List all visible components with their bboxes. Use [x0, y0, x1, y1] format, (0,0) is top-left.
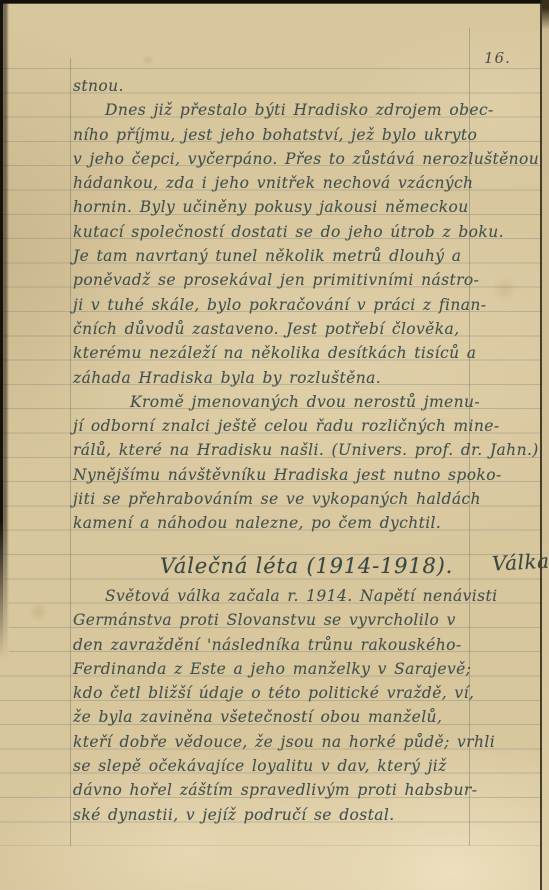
- manuscript-line: kteří dobře vědouce, že jsou na horké pů…: [73, 730, 543, 754]
- scan-edge-right-band: [542, 0, 549, 890]
- manuscript-line: hádankou, zda i jeho vnitřek nechová vzá…: [73, 171, 543, 195]
- manuscript-line: v jeho čepci, vyčerpáno. Přes to zůstává…: [73, 147, 543, 171]
- paragraph-war: Světová válka začala r. 1914. Napětí nen…: [73, 584, 543, 827]
- manuscript-line: kterému nezáleží na několika desítkách t…: [73, 341, 543, 365]
- manuscript-line: jí odborní znalci ještě celou řadu rozli…: [73, 414, 543, 438]
- manuscript-line: ního příjmu, jest jeho bohatství, jež by…: [73, 123, 543, 147]
- page-number: 16.: [484, 49, 511, 67]
- paragraphs-top: stnou. Dnes již přestalo býti Hradisko z…: [73, 74, 543, 536]
- manuscript-line: dávno hořel záštím spravedlivým proti ha…: [73, 778, 543, 802]
- margin-note: Válka.: [491, 548, 549, 575]
- manuscript-line: hornin. Byly učiněny pokusy jakousi něme…: [73, 195, 543, 219]
- manuscript-line: Nynějšímu návštěvníku Hradiska jest nutn…: [73, 463, 543, 487]
- manuscript-line: kdo četl bližší údaje o této politické v…: [73, 681, 543, 705]
- manuscript-line: Dnes již přestalo býti Hradisko zdrojem …: [73, 98, 543, 122]
- manuscript-page: 16. stnou. Dnes již přestalo býti Hradis…: [0, 0, 549, 890]
- manuscript-line: Kromě jmenovaných dvou nerostů jmenu-: [73, 390, 543, 414]
- manuscript-line: že byla zaviněna všetečností obou manžel…: [73, 705, 543, 729]
- manuscript-line: záhada Hradiska byla by rozluštěna.: [73, 366, 543, 390]
- manuscript-line: Germánstva proti Slovanstvu se vyvrcholi…: [73, 608, 543, 632]
- left-margin-line: [70, 58, 71, 846]
- manuscript-line: Světová válka začala r. 1914. Napětí nen…: [73, 584, 543, 608]
- manuscript-line: Je tam navrtaný tunel několik metrů dlou…: [73, 244, 543, 268]
- manuscript-line: ské dynastii, v jejíž područí se dostal.: [73, 803, 543, 827]
- manuscript-line: Ferdinanda z Este a jeho manželky v Sara…: [73, 657, 543, 681]
- manuscript-line: poněvadž se prosekával jen primitivními …: [73, 268, 543, 292]
- manuscript-line: jiti se přehrabováním se ve vykopaných h…: [73, 487, 543, 511]
- scan-edge-left: [0, 0, 9, 660]
- scan-edge-top: [0, 0, 549, 4]
- manuscript-line: kamení a náhodou nalezne, po čem dychtil…: [73, 511, 543, 535]
- section-heading: Válečná léta (1914-1918).: [73, 554, 540, 578]
- manuscript-line: čních důvodů zastaveno. Jest potřebí člo…: [73, 317, 543, 341]
- manuscript-line: se slepě očekávajíce loyalitu v dav, kte…: [73, 754, 543, 778]
- manuscript-line: ji v tuhé skále, bylo pokračování v prác…: [73, 293, 543, 317]
- manuscript-line: kutací společností dostati se do jeho út…: [73, 220, 543, 244]
- manuscript-line: den zavraždění 'následníka trůnu rakousk…: [73, 633, 543, 657]
- manuscript-line: rálů, které na Hradisku našli. (Univers.…: [73, 438, 543, 462]
- manuscript-line: stnou.: [73, 74, 543, 98]
